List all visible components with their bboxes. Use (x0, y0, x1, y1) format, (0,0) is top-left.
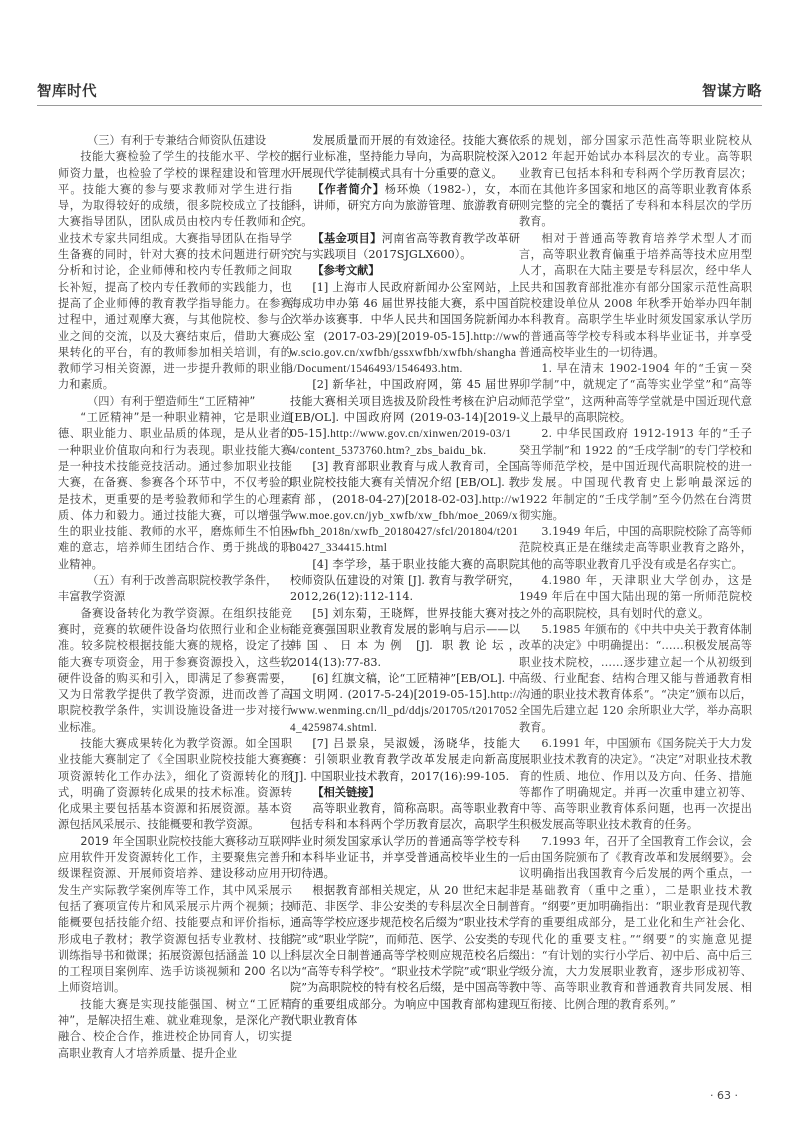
history-item: 1. 早在清末 1902-1904 年的“壬寅－癸卯学制”中，就规定了“高等实业… (519, 361, 752, 426)
column-middle: 发展质量而开展的有效途径。技能大赛依据行业标准，坚持能力导向，为高职院校深入开展… (290, 133, 520, 1029)
paragraph: 高等职业教育，简称高职。高等职业教育包括专科和本科两个学历教育层次，高职学生毕业… (290, 801, 520, 882)
reference-text: [5] 刘东菊，王晓辉，世界技能大赛对技能竞赛强国职业教育发展的影响与启示——以… (290, 607, 520, 669)
section-heading-4: （四）有利于塑造师生“工匠精神” (58, 394, 292, 410)
paragraph: 备赛设备转化为教学资源。在组织技能竞赛时，竞赛的软硬件设备均依照行业和企业标准。… (58, 606, 292, 736)
reference-item: [5] 刘东菊，王晓辉，世界技能大赛对技能竞赛强国职业教育发展的影响与启示——以… (290, 606, 520, 671)
reference-item: [4] 李学珍，基于职业技能大赛的高职院校师资队伍建设的对策 [J]. 教育与教… (290, 557, 520, 606)
reference-text: [4] 李学珍，基于职业技能大赛的高职院校师资队伍建设的对策 [J]. 教育与教… (290, 558, 520, 604)
reference-item: [7] 吕景泉，吴淑媛，汤晓华，技能大赛：引领职业教育教学改革发展走向新高度 [… (290, 736, 520, 785)
reference-item: [1] 上海市人民政府新闻办公室网站，上海成功申办第 46 届世界技能大赛，系中… (290, 280, 520, 378)
reference-text: [7] 吕景泉，吴淑媛，汤晓华，技能大赛：引领职业教育教学改革发展走向新高度 [… (290, 737, 520, 783)
reference-item: [3] 教育部职业教育与成人教育司，全国职业院校技能大赛有关情况介绍 [EB/O… (290, 459, 520, 557)
header-right-title: 智谋方略 (702, 80, 762, 101)
reference-item: [6] 红旗文稿，论“工匠精神”[EB/OL]. 中国文明网. (2017-5-… (290, 671, 520, 736)
header-left-title: 智库时代 (37, 80, 97, 101)
history-item: 5.1985 年颁布的《中共中央关于教育体制改革的决定》中明确提出：“……积极发… (519, 622, 752, 736)
section-heading-5: （五）有利于改善高职院校教学条件， (58, 573, 292, 589)
paragraph: 相对于普通高等教育培养学术型人才而言，高等职业教育偏重于培养高等技术应用型人才，… (519, 231, 752, 361)
running-header: 智库时代 智谋方略 (37, 80, 762, 106)
paragraph: 技能大赛是实现技能强国、树立“工匠精神”，是解决招生难、就业难现象，是深化产教融… (58, 997, 292, 1062)
paragraph: 2019 年全国职业院校技能大赛移动互联网应用软件开发资源转化工作，主要聚焦完善… (58, 834, 292, 997)
history-item: 4.1980 年，天津职业大学创办，这是 1949 年后在中国大陆出现的第一所师… (519, 573, 752, 622)
paragraph: 发展质量而开展的有效途径。技能大赛依据行业标准，坚持能力导向，为高职院校深入开展… (290, 133, 520, 182)
page-number: · 63 · (710, 1089, 738, 1102)
fund-label: 【基金项目】 (312, 232, 381, 245)
paragraph: “工匠精神”是一种职业精神，它是职业道德、职业能力、职业品质的体现，是从业者的一… (58, 410, 292, 573)
paragraph: 技能大赛检验了学生的技能水平、学校的师资力量，也检验了学校的课程建设和管理水平。… (58, 149, 292, 393)
column-right: 系的规划，部分国家示范性高等职业院校从 2012 年起开始试办本科层次的专业。高… (519, 133, 752, 1013)
section-heading-5-cont: 丰富教学资源 (58, 589, 292, 605)
paragraph: 根据教育部相关规定，从 20 世纪末起非师范、非医学、非公安类的专科层次全日制普… (290, 883, 520, 1030)
related-links-heading: 【相关链接】 (290, 785, 520, 801)
history-item: 2. 中华民国政府 1912-1913 年的“壬子癸丑学制”和 1922 的“壬… (519, 426, 752, 524)
column-left: （三）有利于专兼结合师资队伍建设 技能大赛检验了学生的技能水平、学校的师资力量，… (58, 133, 292, 1062)
paragraph: 系的规划，部分国家示范性高等职业院校从 2012 年起开始试办本科层次的专业。高… (519, 133, 752, 231)
author-label: 【作者简介】 (312, 183, 384, 196)
fund-project: 【基金项目】河南省高等教育教学改革研究与实践项目（2017SJGLX600）。 (290, 231, 520, 264)
history-item: 6.1991 年，中国颁布《国务院关于大力发展职业技术教育的决定》。“决定”对职… (519, 736, 752, 834)
reference-item: [2] 新华社，中国政府网，第 45 届世界技能大赛相关项目选拔及阶段性考核在沪… (290, 377, 520, 458)
references-heading: 【参考文献】 (290, 263, 520, 279)
reference-text: [6] 红旗文稿，论“工匠精神”[EB/OL]. 中国文明网. (2017-5-… (290, 672, 520, 701)
author-intro: 【作者简介】杨环焕（1982-），女，本科，讲师，研究方向为旅游管理、旅游教育研… (290, 182, 520, 231)
history-item: 7.1993 年，召开了全国教育工作会议，会后由国务院颁布了《教育改革和发展纲要… (519, 834, 752, 1013)
section-heading-3: （三）有利于专兼结合师资队伍建设 (58, 133, 292, 149)
history-item: 3.1949 年后，中国的高职院校除了高等师范院校真正是在继续走高等职业教育之路… (519, 524, 752, 573)
paragraph: 技能大赛成果转化为教学资源。如全国职业技能大赛制定了《全国职业院校技能大赛赛项资… (58, 736, 292, 834)
